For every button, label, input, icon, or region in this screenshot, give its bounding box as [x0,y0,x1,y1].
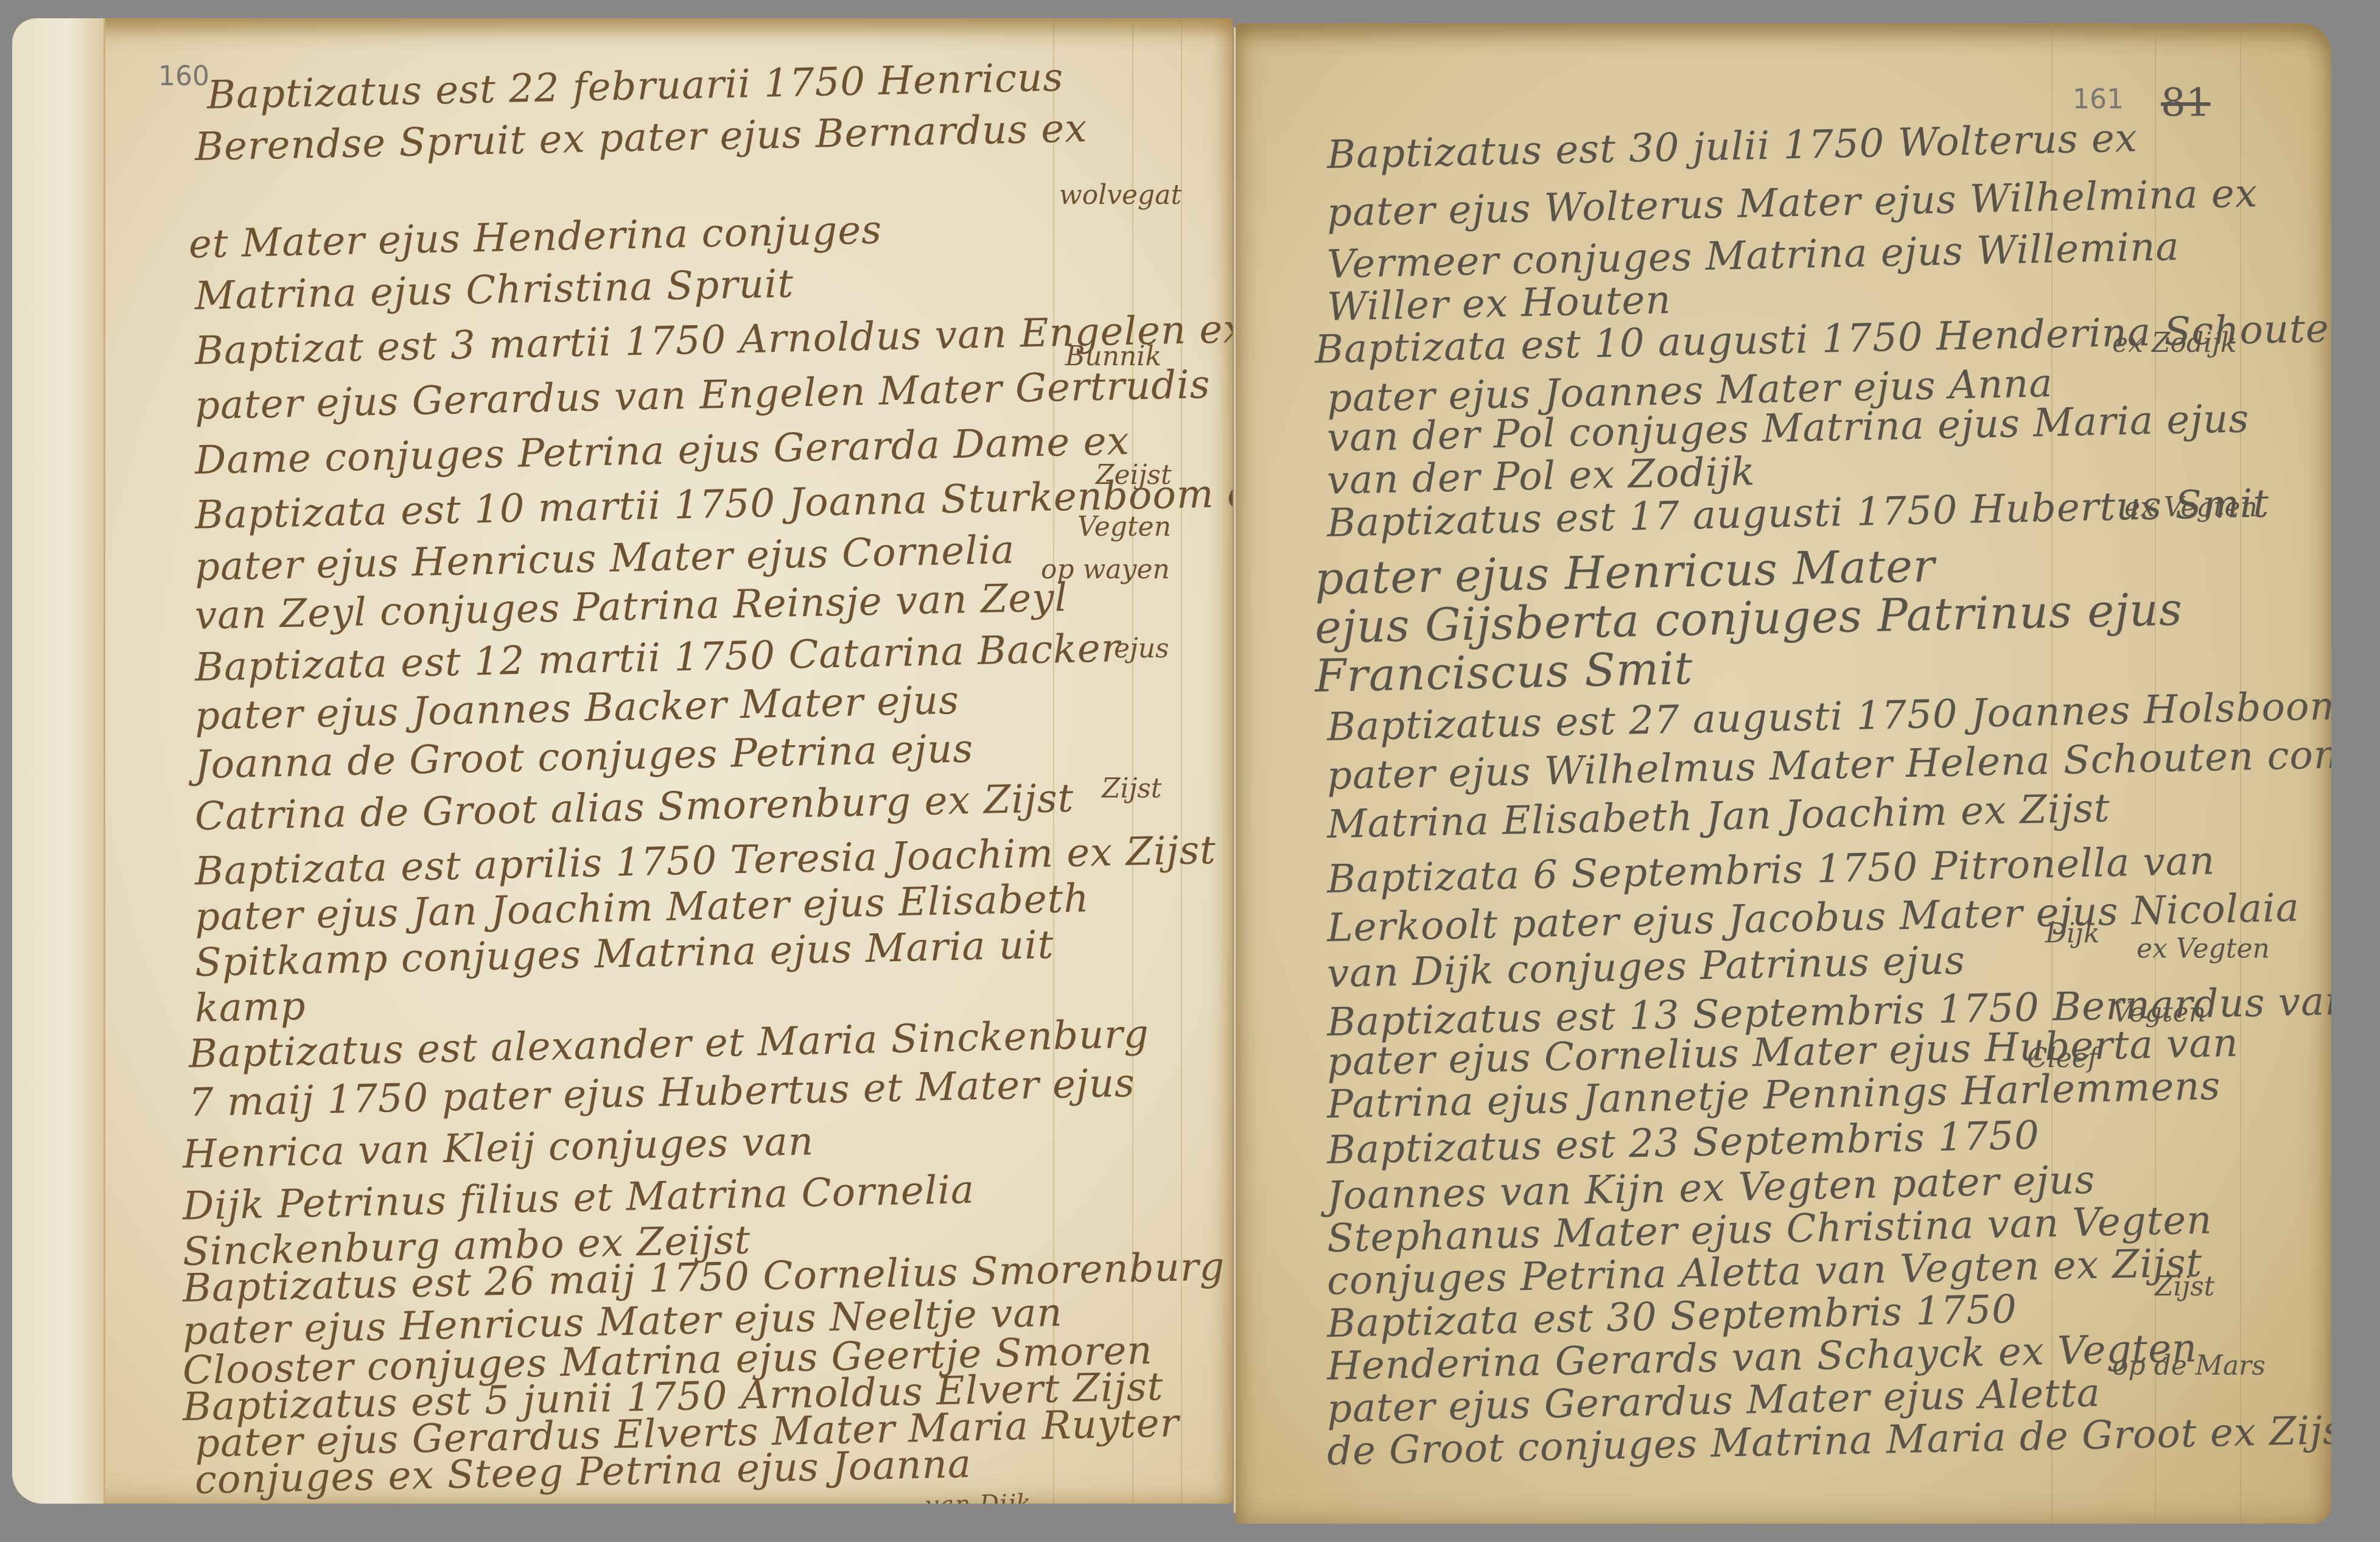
register-line: et Mater ejus Henderina conjuges [188,208,882,267]
struck-folio-number: 81 [2161,81,2210,126]
margin-note: Zeijst [1096,460,1172,491]
register-line: kamp [194,984,306,1031]
margin-note: Bunnik [1065,341,1161,372]
margin-note: Zijst [2155,1271,2215,1302]
page-number-right: 161 [2073,84,2124,115]
margin-note: Dijk [2045,918,2100,949]
register-line: Franciscus Smit [1314,642,1693,703]
register-line: pater ejus Gerardus van Engelen Mater Ge… [194,362,1211,429]
margin-note: ex Vegten [2137,933,2270,964]
register-line: van Dijk [925,1489,1032,1504]
right-page: 161 81 Baptizatus est 30 julii 1750 Wolt… [1236,23,2331,1524]
register-line: Dame conjuges Petrina ejus Gerarda Dame … [194,419,1130,483]
margin-note: ex Vegten [2124,492,2258,523]
margin-note: Vegten [1077,511,1171,542]
margin-note: Cleef [2027,1043,2098,1074]
margin-note: ex Zodijk [2112,328,2236,359]
register-line: Baptizatus est 30 julii 1750 Wolterus ex [1326,116,2138,178]
margin-note: op de Mars [2112,1350,2266,1381]
margin-note: Zijst [1102,773,1162,804]
margin-note: ejus [1114,633,1169,664]
register-line: Matrina ejus Christina Spruit [194,261,794,319]
register-line: Baptizatus est 22 februarii 1750 Henricu… [206,55,1064,118]
page-number-left: 160 [158,61,209,92]
flyleaf-edge [12,18,105,1504]
register-line: Catrina de Groot alias Smorenburg ex Zij… [194,776,1074,839]
register-line: Henrica van Kleij conjuges van [182,1119,814,1177]
register-line: Dijk Petrinus filius et Matrina Cornelia [182,1168,975,1229]
book-spread: 160 Baptizatus est 22 februarii 1750 Hen… [0,0,2380,1542]
register-line: Berendse Spruit ex pater ejus Bernardus … [194,106,1088,170]
left-page: 160 Baptizatus est 22 februarii 1750 Hen… [12,18,1233,1504]
margin-note: wolvegat [1059,180,1181,211]
margin-note: op wayen [1041,554,1170,585]
margin-note: Vegten [2112,997,2206,1028]
